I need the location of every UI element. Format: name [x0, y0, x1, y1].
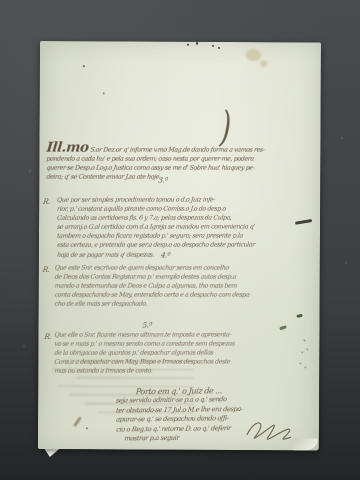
body-line: Que este Snr. escrivao de quem despachar…	[54, 264, 251, 273]
signature-rubric-icon	[244, 417, 296, 445]
smudge-mark	[295, 219, 312, 225]
dust-speck	[29, 170, 31, 172]
paper-speck	[306, 348, 308, 350]
paper-speck	[83, 65, 85, 67]
response-paragraph-3: Que por ser simples procedimento tomou o…	[57, 195, 255, 259]
closing-line: mostrar p.a seguir	[116, 433, 243, 444]
body-line: cho de elle mais ser despachado.	[54, 300, 251, 309]
response-paragraph-4: Que este Snr. escrivao de quem despachar…	[55, 264, 251, 309]
paper-speck	[212, 45, 214, 47]
opening-word: Ill.mo	[46, 143, 89, 153]
body-line: de Deos dos Contos Registar.mo p.' exemp…	[54, 273, 251, 282]
dust-speck	[23, 345, 25, 347]
paper-speck	[103, 92, 105, 94]
intro-paragraph: Ill.mo S.or Dez.or q' informe v.mo Mag.d…	[46, 143, 264, 182]
dust-speck	[345, 262, 347, 264]
intro-line: pondendo a cada hu' e pela sua ordem; ca…	[46, 155, 265, 164]
dust-speck	[341, 137, 343, 139]
paper-speck	[86, 427, 88, 429]
paper-speck	[304, 366, 306, 368]
response-paragraph-5: Que elle o Snr. ficante mesmo ultimam.te…	[54, 330, 234, 376]
section-heading-3: 3.ª	[158, 176, 168, 185]
margin-mark: R.	[44, 332, 52, 341]
intro-line-text: S.or Dez.or q' informe v.mo Mag.de dando…	[90, 146, 265, 155]
body-line: Que por ser simples procedimento tomou o…	[57, 195, 256, 204]
intro-line: Ill.mo S.or Dez.or q' informe v.mo Mag.d…	[46, 143, 266, 155]
intro-line: querer-se Desp.o Log.o Justica como assy…	[46, 164, 265, 173]
paper-speck	[303, 339, 305, 341]
body-line: mas ou estando a Irmaos de conto.	[54, 367, 235, 376]
ink-stain	[246, 49, 261, 61]
section-heading-5: 5.ª	[142, 321, 152, 330]
paper-speck	[196, 42, 198, 45]
manuscript-page: ) Ill.mo S.or Dez.or q' informe v.mo Mag…	[38, 41, 321, 450]
paper-speck	[301, 351, 303, 353]
body-line: esta certeza, e pretendo que ser.a desp.…	[57, 241, 256, 250]
photo-background: ) Ill.mo S.or Dez.or q' informe v.mo Mag…	[0, 0, 360, 480]
paper-speck	[187, 44, 189, 46]
ink-stain	[260, 60, 268, 67]
paper-speck	[299, 362, 301, 364]
curled-corner	[292, 438, 318, 450]
margin-mark: R.	[43, 197, 51, 206]
intro-line: deira; q' se Contente enviar J.za ate ho…	[46, 173, 265, 182]
body-line: Que elle o Snr. ficante mesmo ultimam.te…	[54, 330, 235, 339]
body-line: haja de se pagar mais q' despezas.	[57, 250, 256, 259]
closing-paragraph: Porto em q.' o Juiz de ... seja servido …	[116, 386, 243, 444]
green-mark	[279, 325, 287, 330]
green-mark	[296, 314, 302, 318]
bleedthrough-mark	[76, 376, 194, 379]
body-line: mando a testemunhas de Deos e Culpa a al…	[54, 282, 251, 291]
paper-speck	[218, 47, 220, 49]
margin-mark: R.	[42, 265, 50, 274]
